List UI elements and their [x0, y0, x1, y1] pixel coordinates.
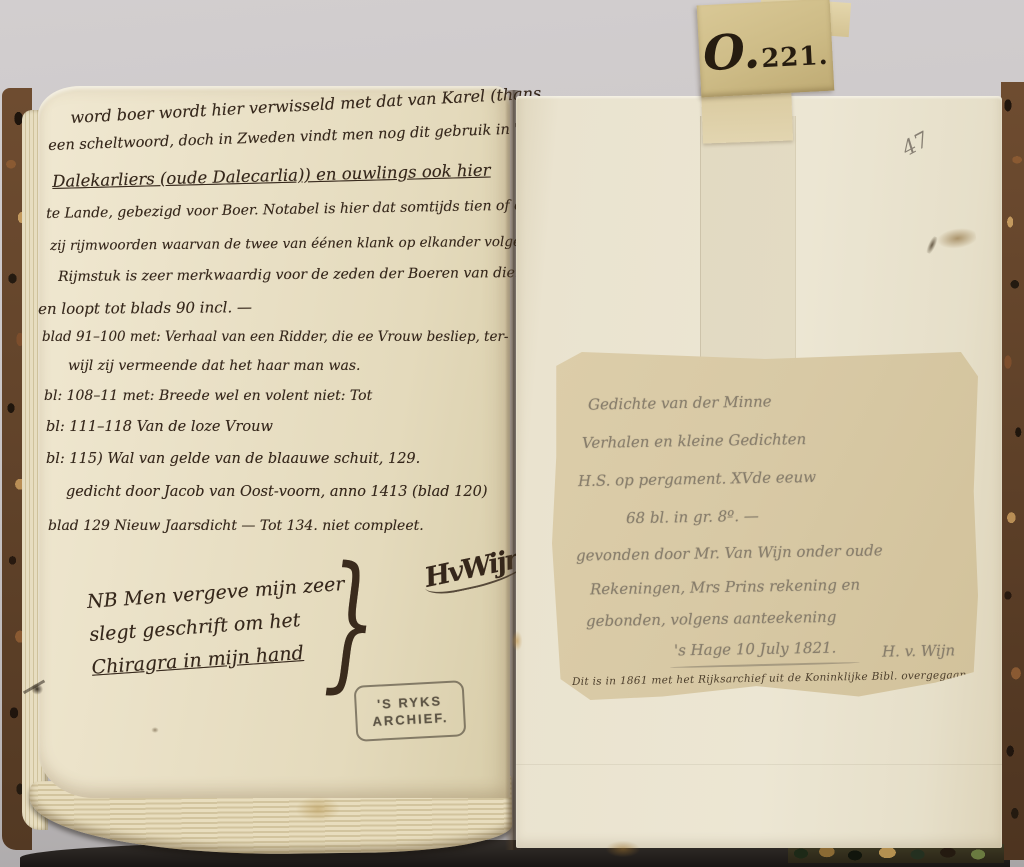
shelfmark-label: O.221. [697, 0, 835, 97]
book-cover-right-marbled [1001, 82, 1024, 860]
photo-open-manuscript-book: word boer wordt hier verwisseld met dat … [0, 0, 1024, 867]
note-line: gevonden door Mr. Van Wijn onder oude [576, 541, 883, 564]
note-initials: H. v. Wijn [882, 641, 955, 660]
stamp-line: ARCHIEF. [372, 710, 449, 729]
manuscript-line: bl: 108–11 met: Breede wel en volent nie… [44, 388, 372, 404]
note-line: gebonden, volgens aanteekening [586, 608, 837, 630]
bottom-stain [600, 838, 646, 860]
manuscript-line: bl: 111–118 Van de loze Vrouw [46, 419, 273, 435]
yellow-stain [288, 792, 348, 826]
manuscript-line: zij rijmwoorden waarvan de twee van ééne… [50, 234, 557, 254]
manuscript-line: gedicht door Jacob van Oost-voorn, anno … [66, 484, 487, 500]
nb-apology-note: NB Men vergeve mijn zeer slegt geschrift… [86, 568, 350, 685]
manuscript-line: Dalekarliers (oude Dalecarlia)) en ouwli… [52, 161, 491, 191]
pasted-note: Gedichte van der Minne Verhalen en klein… [552, 352, 978, 700]
manuscript-line: Rijmstuk is zeer merkwaardig voor de zed… [58, 265, 556, 285]
note-line: Rekeningen, Mrs Prins rekening en [590, 576, 860, 599]
manuscript-line: word boer wordt hier verwisseld met dat … [70, 83, 542, 127]
left-page: word boer wordt hier verwisseld met dat … [38, 86, 510, 798]
note-line: H.S. op pergament. XVde eeuw [578, 468, 816, 490]
note-line: 68 bl. in gr. 8º. — [626, 507, 759, 527]
manuscript-line: te Lande, gebezigd voor Boer. Notabel is… [46, 198, 532, 222]
pencil-underline [670, 662, 860, 669]
gutter-stain [510, 628, 524, 654]
stamp-line: 'S RYKS [377, 693, 443, 711]
manuscript-line: en loopt tot blads 90 incl. — [38, 298, 252, 318]
note-date-line: 's Hage 10 July 1821. [674, 639, 837, 660]
small-spot [150, 726, 160, 734]
manuscript-line: wijl zij vermeende dat het haar man was. [68, 358, 361, 374]
manuscript-line: bl: 115) Wal van gelde van de blaauwe sc… [46, 451, 420, 467]
note-line: Verhalen en kleine Gedichten [582, 430, 807, 452]
ink-annotation-1861: Dit is in 1861 met het Rijksarchief uit … [572, 668, 1024, 688]
shelfmark-text: O.221. [701, 14, 829, 82]
rijksarchief-stamp: 'S RYKS ARCHIEF. [354, 680, 467, 742]
pencil-folio-number: 47 [898, 127, 933, 161]
curly-brace: } [323, 534, 378, 709]
page-crease-line [516, 764, 1002, 765]
label-strip-ghost-band [700, 116, 796, 360]
manuscript-line: blad 129 Nieuw Jaarsdicht — Tot 134. nie… [48, 518, 424, 534]
note-line: Gedichte van der Minne [588, 392, 772, 413]
manuscript-line: blad 91–100 met: Verhaal van een Ridder,… [42, 329, 509, 345]
right-page: 47 Gedichte van der Minne Verhalen en kl… [516, 96, 1002, 848]
manuscript-line: een scheltwoord, doch in Zweden vindt me… [48, 120, 575, 154]
